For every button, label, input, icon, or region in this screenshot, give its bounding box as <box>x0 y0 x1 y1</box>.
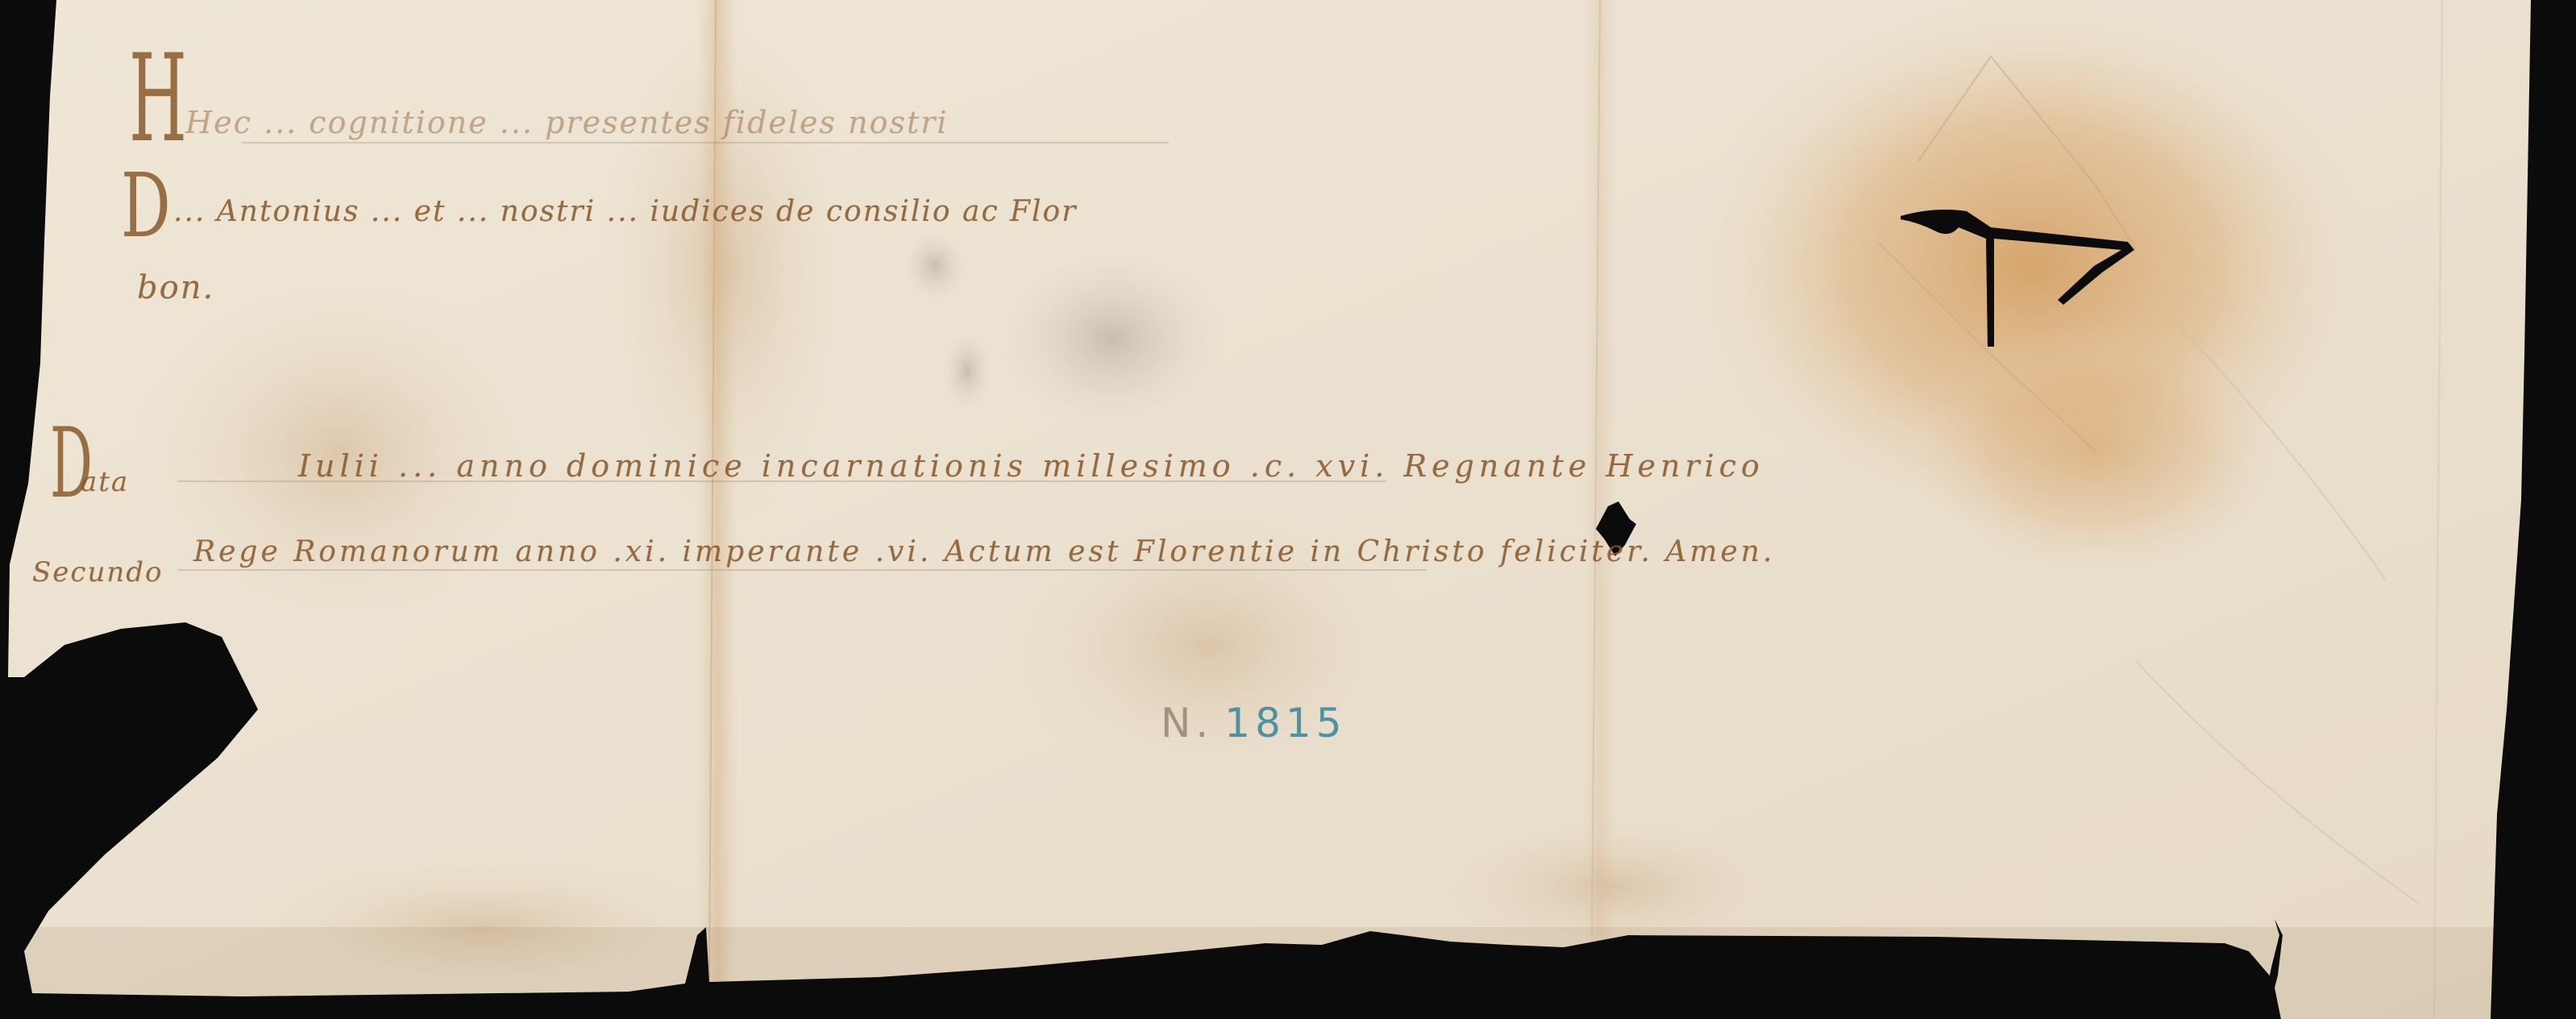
ruling-line <box>177 569 1427 571</box>
initial-d: D <box>121 161 171 250</box>
parchment-sheet <box>0 0 2576 1019</box>
dating-line-2: Rege Romanorum anno .xi. imperante .vi. … <box>193 535 1775 568</box>
stamp-number: 1815 <box>1224 700 1346 747</box>
initial-h: H <box>129 39 187 160</box>
manuscript-line-2: ... Antonius ... et ... nostri ... iudic… <box>173 195 1077 228</box>
manuscript-photo: H Hec ... cognitione ... presentes fidel… <box>0 0 2576 1019</box>
dating-line-1: Iulii ... anno dominice incarnationis mi… <box>298 448 1764 484</box>
ruling-line <box>242 142 1169 143</box>
dating-line-1-lead: ata <box>81 466 129 498</box>
dating-line-2-lead: Secundo <box>32 556 163 589</box>
manuscript-line-1: Hec ... cognitione ... presentes fideles… <box>185 105 949 140</box>
manuscript-line-3: bon. <box>137 269 214 306</box>
initial-data: D <box>50 416 93 513</box>
archive-stamp: N.1815 <box>1161 700 1347 747</box>
stamp-prefix: N. <box>1161 700 1213 747</box>
